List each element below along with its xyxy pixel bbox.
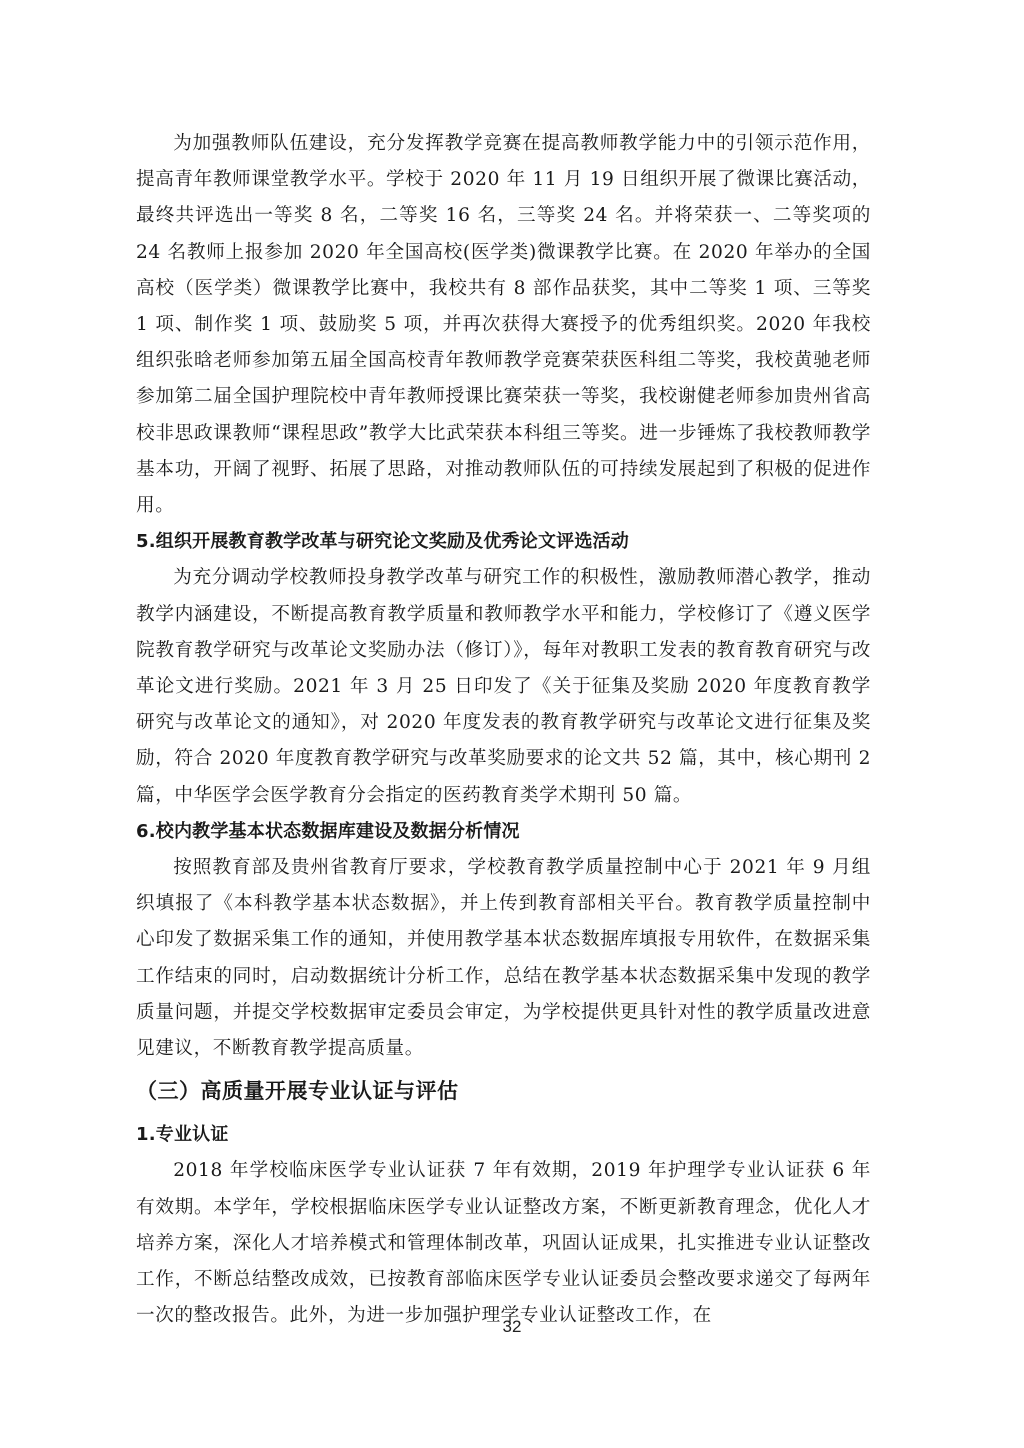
page-number: 32: [0, 1317, 1024, 1337]
heading-subsection-1: 1.专业认证: [136, 1117, 871, 1153]
paragraph-section-6: 按照教育部及贵州省教育厅要求，学校教育教学质量控制中心于 2021 年 9 月组…: [136, 850, 871, 1067]
heading-section-5: 5.组织开展教育教学改革与研究论文奖励及优秀论文评选活动: [136, 524, 871, 560]
document-page: 为加强教师队伍建设，充分发挥教学竞赛在提高教师教学能力中的引领示范作用，提高青年…: [136, 126, 871, 1335]
paragraph-subsection-1: 2018 年学校临床医学专业认证获 7 年有效期，2019 年护理学专业认证获 …: [136, 1153, 871, 1334]
heading-section-three: （三）高质量开展专业认证与评估: [136, 1071, 871, 1111]
paragraph-teaching-competition: 为加强教师队伍建设，充分发挥教学竞赛在提高教师教学能力中的引领示范作用，提高青年…: [136, 126, 871, 524]
paragraph-section-5: 为充分调动学校教师投身教学改革与研究工作的积极性，激励教师潜心教学，推动教学内涵…: [136, 560, 871, 813]
heading-section-6: 6.校内教学基本状态数据库建设及数据分析情况: [136, 814, 871, 850]
